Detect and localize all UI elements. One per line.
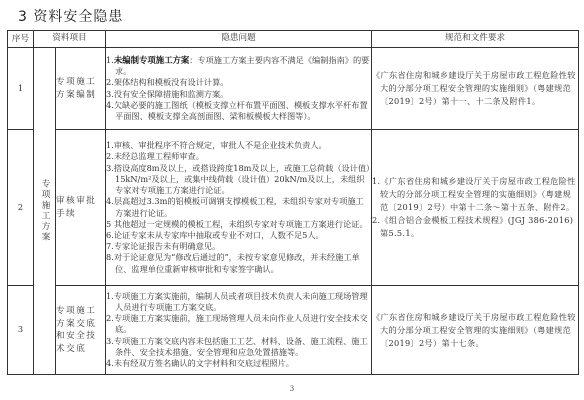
issue-number: 7. [106, 241, 114, 251]
issue-text: 审核、审批程序不符合规定，审批人不是企业技术负责人。 [114, 140, 327, 150]
page-number: 3 [0, 385, 584, 393]
table-header-row: 序号 资料项目 隐患问题 规范和文件要求 [8, 31, 579, 48]
issue-text: 专项施工方案实施前，施工现场管理人员未向作业人员进行安全技术交底。 [114, 313, 368, 334]
issues-cell: 1.未编制专项施工方案：专项施工方案主要内容不满足《编制指南》的要求。 2.架体… [106, 48, 372, 130]
issue-text: 未经总监理工程师审查。 [114, 151, 204, 161]
issue-item: 4.欠缺必要的施工图纸（模板支撑立杆布置平面图、模板支撑水平杆布置平面图、模板支… [106, 100, 371, 122]
issue-number: 2. [106, 77, 114, 87]
item-name: 审核审批手续 [56, 130, 106, 286]
hazard-table: 序号 资料项目 隐患问题 规范和文件要求 1 专项施工方案 专项施工方案编制 1… [7, 30, 579, 375]
issue-item: 3.搭设高度8m及以上，或搭设跨度18m及以上，或施工总荷载（设计值）15kN/… [106, 163, 371, 197]
issue-text: 没有安全保障措施和监测方案。 [114, 89, 229, 99]
row-number: 2 [8, 130, 34, 286]
refs-cell: 《广东省住房和城乡建设厅关于房屋市政工程危险性较大的分部分项工程安全管理的实施细… [372, 48, 579, 130]
issue-item: 8.对于论证意见为“修改后通过的”，未按专家意见修改，并未经施工单位、监理单位重… [106, 252, 371, 274]
issue-item: 3.没有安全保障措施和监测方案。 [106, 89, 371, 100]
issue-text: 对于论证意见为“修改后通过的”，未按专家意见修改，并未经施工单位、监理单位重新审… [114, 252, 360, 273]
issue-text: 专项施工方案实施前，编制人员或者项目技术负责人未向施工现场管理人员进行专项施工方… [114, 291, 368, 312]
issue-number: 4. [106, 358, 114, 368]
header-no: 序号 [8, 31, 34, 48]
header-refs: 规范和文件要求 [372, 31, 579, 48]
group-label: 专项施工方案 [34, 48, 56, 375]
issue-number: 4. [106, 196, 114, 206]
table-row: 2 审核审批手续 1.审核、审批程序不符合规定，审批人不是企业技术负责人。 2.… [8, 130, 579, 286]
issue-text: 层高超过3.3m的铝模板可调钢支撑模板工程，未组织专家对专项施工方案进行论证。 [114, 196, 364, 217]
header-item: 资料项目 [34, 31, 106, 48]
issues-cell: 1.专项施工方案实施前，编制人员或者项目技术负责人未向施工现场管理人员进行专项施… [106, 286, 372, 375]
issue-number: 6. [106, 230, 114, 240]
issue-number: 4. [106, 100, 114, 110]
issue-item: 2.专项施工方案实施前，施工现场管理人员未向作业人员进行安全技术交底。 [106, 313, 371, 335]
row-number: 3 [8, 286, 34, 375]
issue-number: 3. [106, 163, 114, 173]
issue-number: 3. [106, 89, 114, 99]
issue-text: 其他超过一定规模的模板工程，未组织专家对专项施工方案进行论证。 [114, 219, 368, 229]
issue-number: 3. [106, 336, 114, 346]
reference-text: 1.《广东省住房和城乡建设厅关于房屋市政工程危险性较大的分部分项工程安全管理的实… [372, 175, 578, 214]
issue-item: 1.审核、审批程序不符合规定，审批人不是企业技术负责人。 [106, 140, 371, 151]
table-row: 1 专项施工方案 专项施工方案编制 1.未编制专项施工方案：专项施工方案主要内容… [8, 48, 579, 130]
row-number: 1 [8, 48, 34, 130]
item-name: 专项施工方案编制 [56, 48, 106, 130]
issue-number: 1. [106, 140, 114, 150]
issue-text: 搭设高度8m及以上，或搭设跨度18m及以上，或施工总荷载（设计值）15kN/m²… [114, 163, 370, 195]
issue-text: 未有经双方签名确认的文字材料和交底过程照片。 [114, 358, 294, 368]
issue-text: 欠缺必要的施工图纸（模板支撑立杆布置平面图、模板支撑水平杆布置平面图、模板支撑全… [114, 100, 368, 121]
issue-item: 1.专项施工方案实施前，编制人员或者项目技术负责人未向施工现场管理人员进行专项施… [106, 291, 371, 313]
section-title: 3 资料安全隐患 [18, 6, 123, 26]
issue-text: 论证专家未从专家库中抽取或专业不对口，人数不足5人。 [114, 230, 324, 240]
issue-item: 4.未有经双方签名确认的文字材料和交底过程照片。 [106, 358, 371, 369]
issue-number: 8. [106, 252, 114, 262]
issue-item: 6.论证专家未从专家库中抽取或专业不对口，人数不足5人。 [106, 230, 371, 241]
issue-number: 1. [106, 55, 114, 65]
issue-number: 2. [106, 151, 114, 161]
issue-item: 5 其他超过一定规模的模板工程，未组织专家对专项施工方案进行论证。 [106, 219, 371, 230]
issue-number: 1. [106, 291, 114, 301]
issues-cell: 1.审核、审批程序不符合规定，审批人不是企业技术负责人。 2.未经总监理工程师审… [106, 130, 372, 286]
issue-bold-title: 未编制专项施工方案 [114, 55, 189, 65]
issue-item: 4.层高超过3.3m的铝模板可调钢支撑模板工程，未组织专家对专项施工方案进行论证… [106, 196, 371, 218]
refs-cell: 《广东省住房和城乡建设厅关于房屋市政工程危险性较大的分部分项工程安全管理的实施细… [372, 286, 579, 375]
reference-text: 2.《组合铝合金模板工程技术规程》(JGJ 386-2016)第5.5.1。 [372, 214, 578, 240]
issue-item: 2.架体结构和模板没有设计计算。 [106, 77, 371, 88]
issue-item: 1.未编制专项施工方案：专项施工方案主要内容不满足《编制指南》的要求。 [106, 55, 371, 77]
reference-text: 《广东省住房和城乡建设厅关于房屋市政工程危险性较大的分部分项工程安全管理的实施细… [372, 311, 578, 350]
issue-item: 3.专项施工方案交底内容未包括施工工艺、材料、设备、施工流程、施工条件、安全技术… [106, 336, 371, 358]
table-row: 3 专项施工方案交底和安全技术交底 1.专项施工方案实施前，编制人员或者项目技术… [8, 286, 579, 375]
issue-item: 2.未经总监理工程师审查。 [106, 151, 371, 162]
header-issues: 隐患问题 [106, 31, 372, 48]
issue-number: 5 [106, 219, 111, 229]
reference-text: 《广东省住房和城乡建设厅关于房屋市政工程危险性较大的分部分项工程安全管理的实施细… [372, 69, 578, 108]
issue-text: 架体结构和模板没有设计计算。 [114, 77, 229, 87]
issue-text: 专项施工方案交底内容未包括施工工艺、材料、设备、施工流程、施工条件、安全技术措施… [114, 336, 368, 357]
issue-item: 7.专家论证报告未有明确意见。 [106, 241, 371, 252]
issue-text: 专家论证报告未有明确意见。 [114, 241, 220, 251]
refs-cell: 1.《广东省住房和城乡建设厅关于房屋市政工程危险性较大的分部分项工程安全管理的实… [372, 130, 579, 286]
issue-number: 2. [106, 313, 114, 323]
item-name: 专项施工方案交底和安全技术交底 [56, 286, 106, 375]
